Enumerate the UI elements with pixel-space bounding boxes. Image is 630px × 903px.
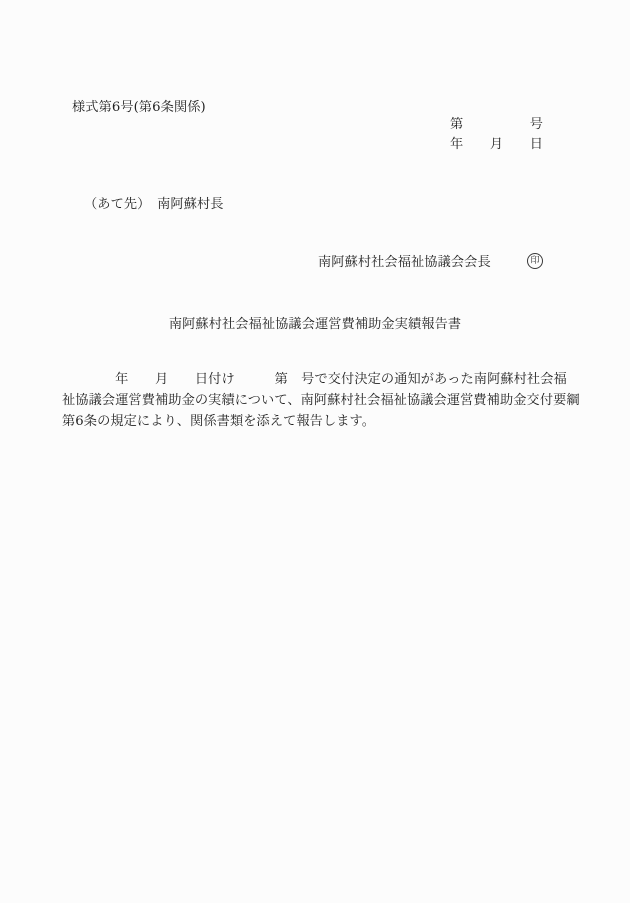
document-page: 様式第6号(第6条関係) 第 号 年 月 日 （あて先） 南阿蘇村長 南阿蘇村社… [0,0,630,903]
issue-date-line: 年 月 日 [450,137,543,152]
body-paragraph: 年 月 日付け 第 号で交付決定の通知があった南阿蘇村社会福 祉協議会運営費補助… [62,370,570,432]
document-title: 南阿蘇村社会福祉協議会運営費補助金実績報告書 [0,317,630,332]
issue-number-line: 第 号 [450,117,543,132]
addressee-line: （あて先） 南阿蘇村長 [84,197,224,212]
body-line-3: 第6条の規定により、関係書類を添えて報告します。 [62,412,570,433]
form-number-label: 様式第6号(第6条関係) [72,100,206,115]
seal-character: 印 [530,257,539,266]
body-line-1: 年 月 日付け 第 号で交付決定の通知があった南阿蘇村社会福 [62,370,570,391]
sender-title-line: 南阿蘇村社会福祉協議会会長 [318,255,491,270]
body-line-2: 祉協議会運営費補助金の実績について、南阿蘇村社会福祉協議会運営費補助金交付要綱 [62,391,570,412]
inkan-seal-icon: 印 [527,253,543,269]
